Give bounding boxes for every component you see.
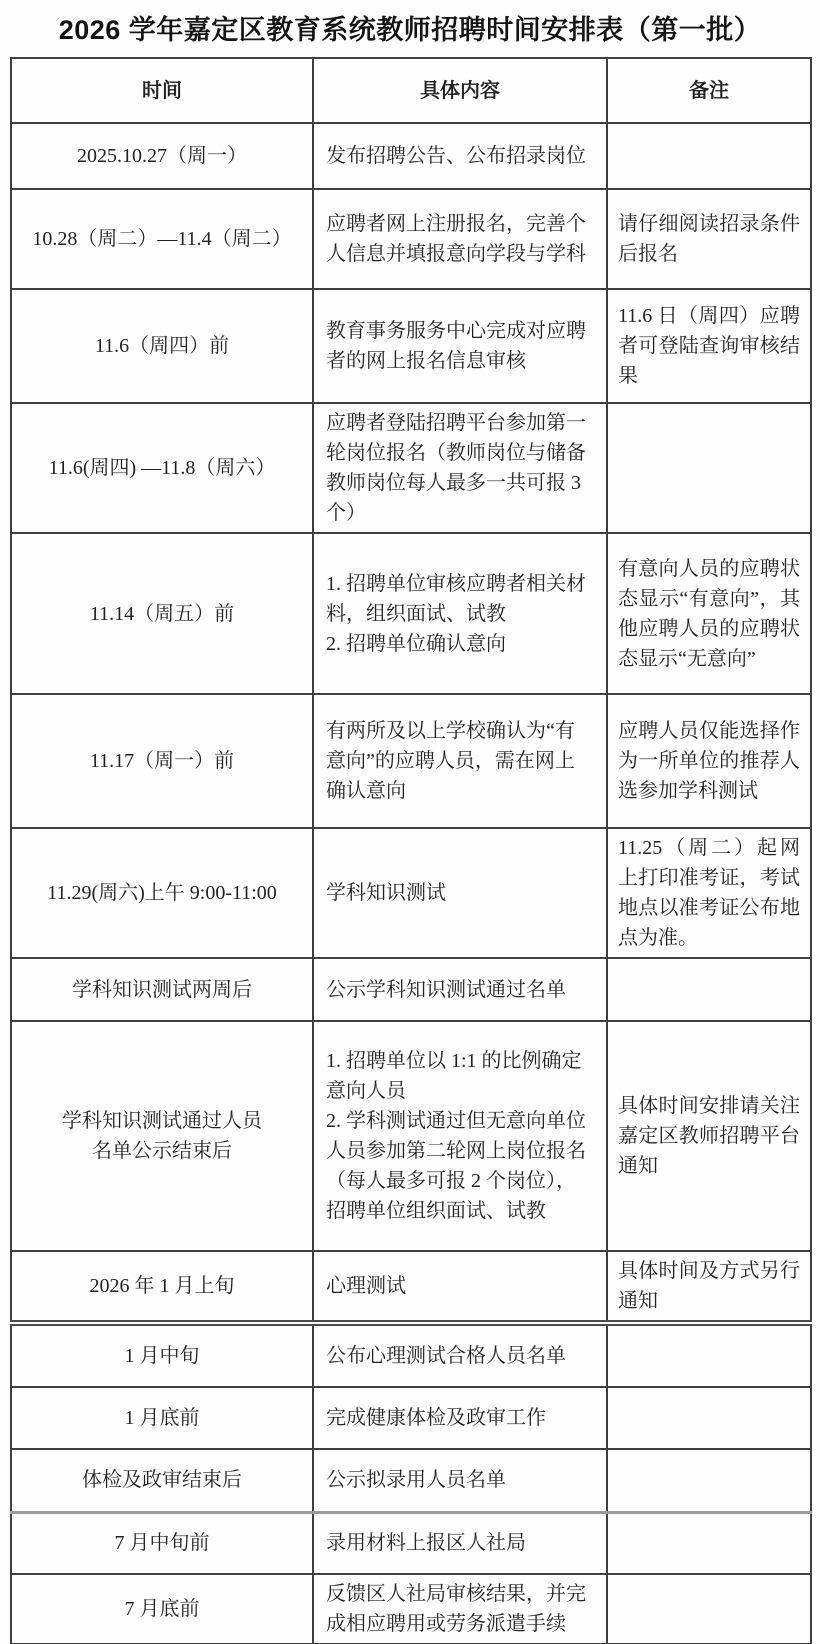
- row-4-content: 应聘者登陆招聘平台参加第一轮岗位报名（教师岗位与储备教师岗位每人最多一共可报 3…: [313, 403, 607, 533]
- row-8-note: [607, 958, 811, 1021]
- row-13-content: 公示拟录用人员名单: [313, 1449, 607, 1512]
- row-6-note: 应聘人员仅能选择作为一所单位的推荐人选参加学科测试: [607, 694, 811, 828]
- row-13-time: 体检及政审结束后: [11, 1449, 313, 1512]
- row-6-time: 11.17（周一）前: [11, 694, 313, 828]
- row-3-content: 教育事务服务中心完成对应聘者的网上报名信息审核: [313, 289, 607, 403]
- row-12-time: 1 月底前: [11, 1387, 313, 1449]
- row-4-time: 11.6(周四) —11.8（周六）: [11, 403, 313, 533]
- table-row: 11.17（周一）前 有两所及以上学校确认为“有意向”的应聘人员，需在网上确认意…: [11, 694, 811, 828]
- row-10-time: 2026 年 1 月上旬: [11, 1251, 313, 1323]
- table-row: 体检及政审结束后 公示拟录用人员名单: [11, 1449, 811, 1512]
- header-row: 时间 具体内容 备注: [11, 58, 811, 123]
- row-10-content: 心理测试: [313, 1251, 607, 1323]
- row-7-content: 学科知识测试: [313, 828, 607, 958]
- table-row: 2025.10.27（周一） 发布招聘公告、公布招录岗位: [11, 123, 811, 189]
- row-15-note: [607, 1574, 811, 1644]
- table-row: 11.6(周四) —11.8（周六） 应聘者登陆招聘平台参加第一轮岗位报名（教师…: [11, 403, 811, 533]
- table-row: 1 月中旬 公布心理测试合格人员名单: [11, 1323, 811, 1387]
- row-13-note: [607, 1449, 811, 1512]
- row-7-time: 11.29(周六)上午 9:00-11:00: [11, 828, 313, 958]
- row-14-time: 7 月中旬前: [11, 1512, 313, 1574]
- page-title: 2026 学年嘉定区教育系统教师招聘时间安排表（第一批）: [0, 8, 820, 47]
- row-15-time: 7 月底前: [11, 1574, 313, 1644]
- row-3-note: 11.6 日（周四）应聘者可登陆查询审核结果: [607, 289, 811, 403]
- row-5-content: 1. 招聘单位审核应聘者相关材料，组织面试、试教 2. 招聘单位确认意向: [313, 533, 607, 694]
- row-14-note: [607, 1512, 811, 1574]
- document-page: 2026 学年嘉定区教育系统教师招聘时间安排表（第一批） 时间 具体内容 备注 …: [0, 0, 820, 1644]
- row-1-time: 2025.10.27（周一）: [11, 123, 313, 189]
- row-5-note: 有意向人员的应聘状态显示“有意向”，其他应聘人员的应聘状态显示“无意向”: [607, 533, 811, 694]
- row-3-time: 11.6（周四）前: [11, 289, 313, 403]
- row-5-time: 11.14（周五）前: [11, 533, 313, 694]
- row-9-note: 具体时间安排请关注嘉定区教师招聘平台通知: [607, 1021, 811, 1251]
- col-header-content: 具体内容: [313, 58, 607, 123]
- row-11-time: 1 月中旬: [11, 1323, 313, 1387]
- table-row: 7 月底前 反馈区人社局审核结果，并完成相应聘用或劳务派遣手续: [11, 1574, 811, 1644]
- row-10-note: 具体时间及方式另行通知: [607, 1251, 811, 1323]
- row-7-note: 11.25（周二）起网上打印准考证，考试地点以准考证公布地点为准。: [607, 828, 811, 958]
- table-row: 学科知识测试通过人员 名单公示结束后 1. 招聘单位以 1:1 的比例确定意向人…: [11, 1021, 811, 1251]
- table-row: 10.28（周二）—11.4（周二） 应聘者网上注册报名，完善个人信息并填报意向…: [11, 189, 811, 289]
- row-8-time: 学科知识测试两周后: [11, 958, 313, 1021]
- row-1-content: 发布招聘公告、公布招录岗位: [313, 123, 607, 189]
- row-8-content: 公示学科知识测试通过名单: [313, 958, 607, 1021]
- table-row: 7 月中旬前 录用材料上报区人社局: [11, 1512, 811, 1574]
- table-row: 学科知识测试两周后 公示学科知识测试通过名单: [11, 958, 811, 1021]
- row-9-time: 学科知识测试通过人员 名单公示结束后: [11, 1021, 313, 1251]
- row-2-time: 10.28（周二）—11.4（周二）: [11, 189, 313, 289]
- schedule-table: 时间 具体内容 备注 2025.10.27（周一） 发布招聘公告、公布招录岗位 …: [10, 57, 812, 1644]
- table-row: 1 月底前 完成健康体检及政审工作: [11, 1387, 811, 1449]
- row-1-note: [607, 123, 811, 189]
- row-11-content: 公布心理测试合格人员名单: [313, 1323, 607, 1387]
- row-2-note: 请仔细阅读招录条件后报名: [607, 189, 811, 289]
- row-4-note: [607, 403, 811, 533]
- row-14-content: 录用材料上报区人社局: [313, 1512, 607, 1574]
- table-row: 11.6（周四）前 教育事务服务中心完成对应聘者的网上报名信息审核 11.6 日…: [11, 289, 811, 403]
- table-row: 2026 年 1 月上旬 心理测试 具体时间及方式另行通知: [11, 1251, 811, 1323]
- table-row: 11.14（周五）前 1. 招聘单位审核应聘者相关材料，组织面试、试教 2. 招…: [11, 533, 811, 694]
- row-9-content: 1. 招聘单位以 1:1 的比例确定意向人员 2. 学科测试通过但无意向单位人员…: [313, 1021, 607, 1251]
- row-12-note: [607, 1387, 811, 1449]
- row-2-content: 应聘者网上注册报名，完善个人信息并填报意向学段与学科: [313, 189, 607, 289]
- row-12-content: 完成健康体检及政审工作: [313, 1387, 607, 1449]
- row-6-content: 有两所及以上学校确认为“有意向”的应聘人员，需在网上确认意向: [313, 694, 607, 828]
- row-15-content: 反馈区人社局审核结果，并完成相应聘用或劳务派遣手续: [313, 1574, 607, 1644]
- col-header-note: 备注: [607, 58, 811, 123]
- col-header-time: 时间: [11, 58, 313, 123]
- table-row: 11.29(周六)上午 9:00-11:00 学科知识测试 11.25（周二）起…: [11, 828, 811, 958]
- row-11-note: [607, 1323, 811, 1387]
